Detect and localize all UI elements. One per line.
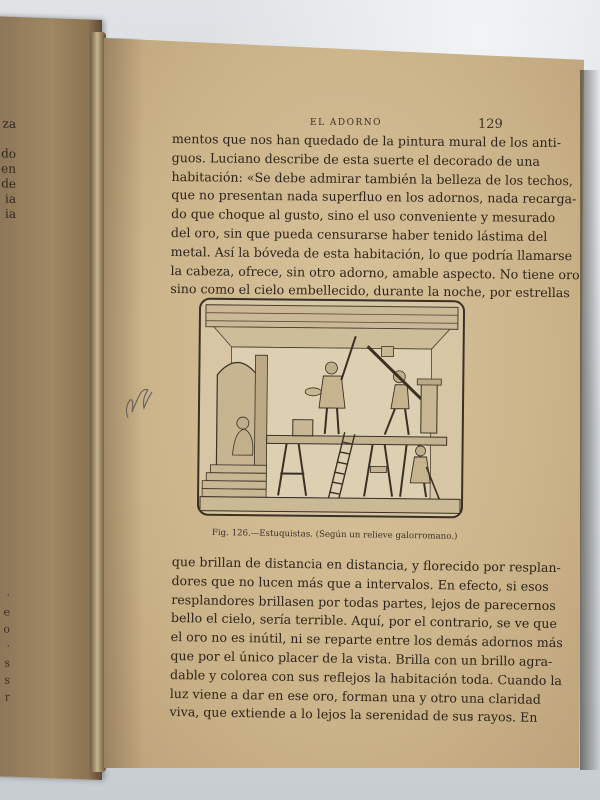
fragment: s (0, 671, 10, 689)
fragment: ia (0, 206, 16, 222)
fragment: en (0, 161, 16, 177)
fragment: ia (0, 191, 16, 207)
fragment: e (0, 603, 10, 621)
pencil-annotation-icon (122, 378, 158, 426)
left-page-text-fragments-top: za do en de ia ia (0, 116, 16, 222)
relief-illustration (194, 295, 468, 522)
paragraph-top: mentos que nos han quedado de la pintura… (170, 130, 500, 303)
left-page-text-fragments-bottom: · e o · s s r (0, 586, 10, 706)
fragment: r (0, 688, 10, 706)
running-head: EL ADORNO (310, 118, 382, 128)
signature-mark: 9 (468, 713, 473, 722)
fragment: do (0, 146, 16, 162)
fragment (0, 131, 16, 147)
page-edge-shadow (580, 70, 600, 770)
left-page: za do en de ia ia · e o · s s r (0, 16, 102, 780)
fragment: · (0, 637, 10, 655)
page-number: 129 (478, 117, 503, 132)
fragment: · (0, 586, 10, 604)
fragment: o (0, 620, 10, 638)
paragraph-bottom: que brillan de distancia en distancia, y… (169, 553, 500, 727)
fragment: de (0, 176, 16, 192)
fragment: s (0, 654, 10, 672)
fragment: za (0, 116, 16, 132)
stucco-workers-engraving (194, 295, 468, 522)
